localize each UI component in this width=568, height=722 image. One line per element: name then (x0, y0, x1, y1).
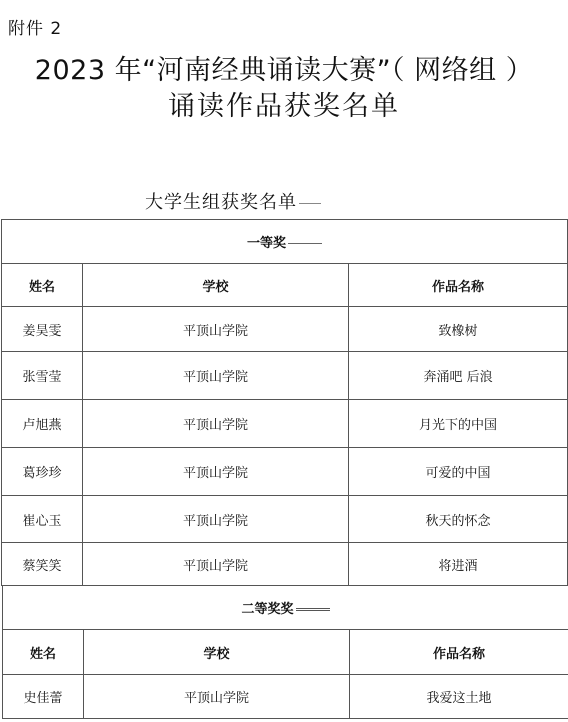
header-name: 姓名 (2, 264, 83, 307)
header-row: 姓名 学校 作品名称 (3, 630, 568, 675)
section-title-text: 二等奖奖 (241, 602, 293, 617)
cell-school: 平顶山学院 (83, 352, 349, 400)
header-work: 作品名称 (350, 630, 568, 675)
cell-work: 我爱这土地 (350, 675, 568, 719)
table-row: 姜昊雯 平顶山学院 致橡树 (2, 307, 568, 352)
table-row: 史佳蕾 平顶山学院 我爱这土地 (3, 675, 568, 719)
cell-name: 史佳蕾 (3, 675, 84, 719)
group-title: 大学生组获奖名单 (145, 188, 321, 214)
first-prize-table: 一等奖 姓名 学校 作品名称 姜昊雯 平顶山学院 致橡树 张雪莹 平顶山学院 奔… (1, 219, 568, 586)
table-row: 蔡笑笑 平顶山学院 将进酒 (2, 543, 568, 586)
header-row: 姓名 学校 作品名称 (2, 264, 568, 307)
title-underline (299, 203, 321, 204)
cell-school: 平顶山学院 (83, 448, 349, 496)
cell-school: 平顶山学院 (83, 496, 349, 543)
cell-name: 张雪莹 (2, 352, 83, 400)
cell-name: 姜昊雯 (2, 307, 83, 352)
cell-school: 平顶山学院 (83, 543, 349, 586)
cell-name: 崔心玉 (2, 496, 83, 543)
page-subtitle: 诵读作品获奖名单 (0, 84, 568, 123)
cell-work: 可爱的中国 (349, 448, 568, 496)
attachment-label: 附件 2 (8, 14, 62, 39)
section-title: 一等奖 (2, 220, 568, 264)
header-school: 学校 (83, 264, 349, 307)
cell-work: 奔涌吧 后浪 (349, 352, 568, 400)
header-school: 学校 (84, 630, 350, 675)
header-work: 作品名称 (349, 264, 568, 307)
cell-school: 平顶山学院 (83, 307, 349, 352)
page-title: 2023 年“河南经典诵读大赛”（ 网络组 ） (0, 48, 568, 87)
cell-school: 平顶山学院 (83, 400, 349, 448)
second-prize-table: 二等奖奖 姓名 学校 作品名称 史佳蕾 平顶山学院 我爱这土地 (2, 585, 568, 719)
table-row: 张雪莹 平顶山学院 奔涌吧 后浪 (2, 352, 568, 400)
header-name: 姓名 (3, 630, 84, 675)
table-row: 卢旭燕 平顶山学院 月光下的中国 (2, 400, 568, 448)
cell-work: 将进酒 (349, 543, 568, 586)
table-row: 葛珍珍 平顶山学院 可爱的中国 (2, 448, 568, 496)
section-title-text: 一等奖 (247, 236, 286, 251)
cell-name: 葛珍珍 (2, 448, 83, 496)
cell-work: 秋天的怀念 (349, 496, 568, 543)
cell-name: 蔡笑笑 (2, 543, 83, 586)
section-row: 二等奖奖 (3, 586, 568, 630)
cell-name: 卢旭燕 (2, 400, 83, 448)
section-row: 一等奖 (2, 220, 568, 264)
section-underline (288, 243, 322, 244)
group-title-text: 大学生组获奖名单 (145, 192, 297, 213)
section-underline (296, 608, 330, 611)
section-title: 二等奖奖 (3, 586, 568, 630)
cell-work: 致橡树 (349, 307, 568, 352)
table-row: 崔心玉 平顶山学院 秋天的怀念 (2, 496, 568, 543)
cell-work: 月光下的中国 (349, 400, 568, 448)
cell-school: 平顶山学院 (84, 675, 350, 719)
